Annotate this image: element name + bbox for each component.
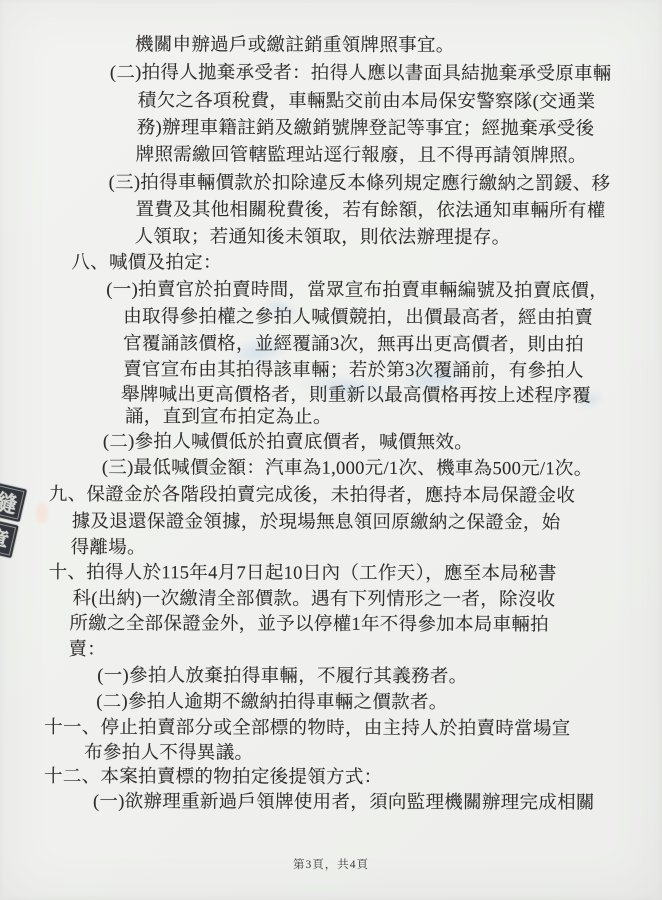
text-line: (一)拍賣官於拍賣時間，當眾宣布拍賣車輛編號及拍賣底價， [106, 279, 608, 303]
text-line: (三)最低喊價金額：汽車為1,000元/1次、機車為500元/1次。 [102, 457, 593, 481]
text-line: 八、喊價及拍定： [71, 252, 221, 275]
text-line: 十一、停止拍賣部分或全部標的物時，由主持人於拍賣時當場宣 [44, 717, 570, 741]
text-line: 機關申辦過戶或繳註銷重領牌照事宜。 [135, 34, 455, 58]
text-line: 賣： [68, 639, 106, 662]
text-line: 十二、本案拍賣標的物拍定後提領方式： [44, 766, 382, 790]
page-number: 第3頁，共4頁 [0, 856, 662, 872]
text-line: 誦，直到宣布拍定為止。 [125, 406, 332, 430]
text-line: 官覆誦該價格，並經覆誦3次，無再出更高價者，則由拍 [123, 333, 584, 357]
text-line: 得離場。 [71, 537, 146, 560]
text-line: 十、拍得人於115年4月7日起10日內（工作天），應至本局秘書 [49, 562, 557, 586]
text-line: 所繳之全部保證金外，並予以停權1年不得參加本局車輛拍 [69, 613, 549, 637]
text-line: (二)參拍人逾期不繳納拍得車輛之價款者。 [96, 691, 447, 715]
text-line: 布參拍人不得異議。 [84, 742, 253, 765]
text-line: (二)拍得人拋棄承受者：拍得人應以書面具結拋棄承受原車輛 [110, 62, 612, 86]
text-line: 人領取；若通知後未領取，則依法辦理提存。 [134, 226, 510, 250]
text-line: 務)辦理車籍註銷及繳銷號牌登記等事宜；經拋棄承受後 [137, 117, 595, 141]
text-line: 科(出納)一次繳清全部價款。遇有下列情形之一者，除沒收 [72, 588, 555, 612]
text-line: 牌照需繳回管轄監理站逕行報廢，且不得再請領牌照。 [136, 144, 587, 168]
text-line: 九、保證金於各階段拍賣完成後，未拍得者，應持本局保證金收 [49, 484, 575, 508]
seal-lower-glyph: 章 [0, 520, 12, 555]
seal-upper-glyph: 縫 [0, 484, 20, 519]
text-line: 舉牌喊出更高價格者，則重新以最高價格再按上述程序覆 [121, 384, 591, 408]
scanned-page: 機關申辦過戶或繳註銷重領牌照事宜。(二)拍得人拋棄承受者：拍得人應以書面具結拋棄… [0, 0, 662, 900]
text-line: (二)參拍人喊價低於拍賣底價者，喊價無效。 [103, 431, 473, 455]
text-line: (一)參拍人放棄拍得車輛，不履行其義務者。 [97, 665, 467, 689]
document-body: 機關申辦過戶或繳註銷重領牌照事宜。(二)拍得人拋棄承受者：拍得人應以書面具結拋棄… [0, 0, 662, 900]
text-line: 積欠之各項稅費，車輛點交前由本局保安警察隊(交通業 [138, 90, 596, 114]
text-line: (一)欲辦理重新過戶領牌使用者，須向監理機關辦理完成相關 [93, 791, 595, 815]
text-line: 置費及其他相關稅費後，若有餘額，依法通知車輛所有權 [135, 199, 605, 223]
text-line: 據及退還保證金領據，於現場無息領回原繳納之保證金，始 [72, 511, 561, 535]
text-line: 由取得參拍權之參拍人喊價競拍，出價最高者，經由拍賣 [123, 306, 593, 330]
text-line: (三)拍得車輛價款於扣除違反本條列規定應行繳納之罰鍰、移 [109, 172, 611, 196]
text-line: 賣官宣布由其拍得該車輛；若於第3次覆誦前，有參拍人 [123, 359, 584, 383]
